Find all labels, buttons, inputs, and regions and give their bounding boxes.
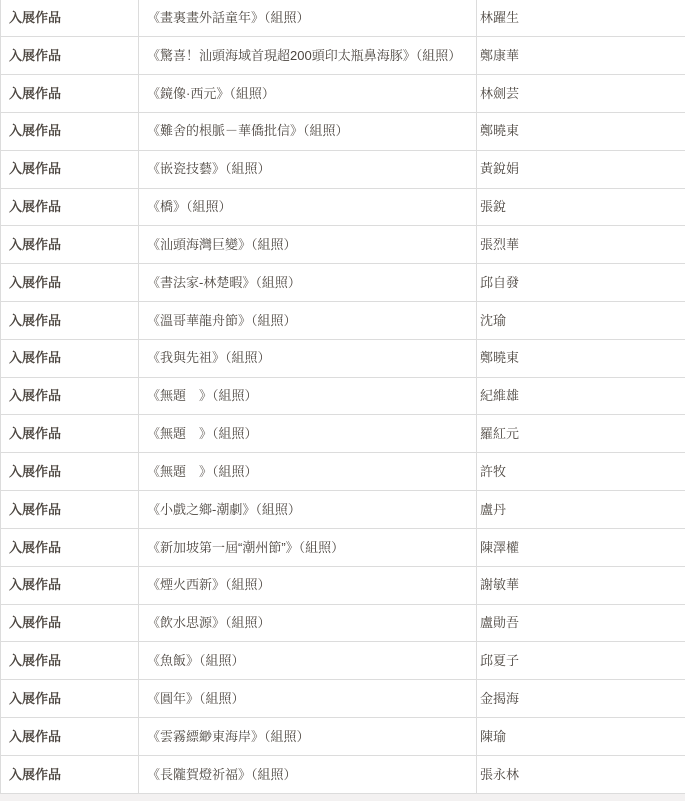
table-row: 入展作品《溫哥華龍舟節》（組照）沈瑜 [1,301,685,339]
author-cell: 林躍生 [477,0,685,37]
work-title-cell: 《圓年》（組照） [139,680,477,718]
category-cell: 入展作品 [1,0,139,37]
table-row: 入展作品《圓年》（組照）金揭海 [1,680,685,718]
author-cell: 邱夏子 [477,642,685,680]
table-row: 入展作品《無題 》（組照）許牧 [1,453,685,491]
author-cell: 林劍芸 [477,75,685,113]
work-title-cell: 《嵌瓷技藝》（組照） [139,150,477,188]
author-cell: 金揭海 [477,680,685,718]
table-row: 入展作品《無題 》（組照）紀維雄 [1,377,685,415]
work-title-cell: 《無題 》（組照） [139,453,477,491]
table-row: 入展作品《飲水思源》（組照）盧勛吾 [1,604,685,642]
work-title-cell: 《新加坡第一屆“潮州節”》（組照） [139,528,477,566]
author-cell: 紀維雄 [477,377,685,415]
table-row: 入展作品《我與先祖》（組照）鄭曉東 [1,339,685,377]
table-row: 入展作品《雲霧縹緲東海岸》（組照）陳瑜 [1,718,685,756]
category-cell: 入展作品 [1,642,139,680]
category-cell: 入展作品 [1,112,139,150]
category-cell: 入展作品 [1,528,139,566]
category-cell: 入展作品 [1,491,139,529]
author-cell: 邱自發 [477,264,685,302]
author-cell: 鄭曉東 [477,112,685,150]
category-cell: 入展作品 [1,377,139,415]
author-cell: 黃銳娟 [477,150,685,188]
work-title-cell: 《雲霧縹緲東海岸》（組照） [139,718,477,756]
category-cell: 入展作品 [1,453,139,491]
category-cell: 入展作品 [1,755,139,793]
table-row: 入展作品《無題 》（組照）羅紅元 [1,415,685,453]
table-row: 入展作品《煙火西新》（組照）謝敏華 [1,566,685,604]
work-title-cell: 《溫哥華龍舟節》（組照） [139,301,477,339]
table-row: 入展作品《汕頭海灣巨變》（組照）張烈華 [1,226,685,264]
category-cell: 入展作品 [1,264,139,302]
table-row: 入展作品《驚喜！汕頭海域首現超200頭印太瓶鼻海豚》（組照）鄭康華 [1,37,685,75]
work-title-cell: 《無題 》（組照） [139,377,477,415]
work-title-cell: 《我與先祖》（組照） [139,339,477,377]
table-row: 入展作品《小戲之鄉-潮劇》（組照）盧丹 [1,491,685,529]
category-cell: 入展作品 [1,339,139,377]
work-title-cell: 《煙火西新》（組照） [139,566,477,604]
work-title-cell: 《魚飯》（組照） [139,642,477,680]
category-cell: 入展作品 [1,75,139,113]
category-cell: 入展作品 [1,226,139,264]
category-cell: 入展作品 [1,680,139,718]
author-cell: 鄭曉東 [477,339,685,377]
table-row: 入展作品《書法家-林楚暇》（組照）邱自發 [1,264,685,302]
author-cell: 謝敏華 [477,566,685,604]
table-row: 入展作品《橋》（組照）張銳 [1,188,685,226]
work-title-cell: 《小戲之鄉-潮劇》（組照） [139,491,477,529]
table-row: 入展作品《難舍的根脈－華僑批信》（組照）鄭曉東 [1,112,685,150]
exhibition-works-table: 入展作品《畫裏畫外話童年》（組照）林躍生入展作品《驚喜！汕頭海域首現超200頭印… [0,0,685,794]
table-row: 入展作品《鏡像·西元》（組照）林劍芸 [1,75,685,113]
category-cell: 入展作品 [1,301,139,339]
works-table-body: 入展作品《畫裏畫外話童年》（組照）林躍生入展作品《驚喜！汕頭海域首現超200頭印… [1,0,685,794]
category-cell: 入展作品 [1,188,139,226]
work-title-cell: 《汕頭海灣巨變》（組照） [139,226,477,264]
work-title-cell: 《驚喜！汕頭海域首現超200頭印太瓶鼻海豚》（組照） [139,37,477,75]
work-title-cell: 《無題 》（組照） [139,415,477,453]
work-title-cell: 《橋》（組照） [139,188,477,226]
work-title-cell: 《難舍的根脈－華僑批信》（組照） [139,112,477,150]
work-title-cell: 《書法家-林楚暇》（組照） [139,264,477,302]
category-cell: 入展作品 [1,718,139,756]
author-cell: 羅紅元 [477,415,685,453]
author-cell: 盧勛吾 [477,604,685,642]
category-cell: 入展作品 [1,37,139,75]
author-cell: 張永林 [477,755,685,793]
category-cell: 入展作品 [1,150,139,188]
work-title-cell: 《長隴賀燈祈福》（組照） [139,755,477,793]
author-cell: 張烈華 [477,226,685,264]
author-cell: 陳澤權 [477,528,685,566]
author-cell: 張銳 [477,188,685,226]
table-row: 入展作品《魚飯》（組照）邱夏子 [1,642,685,680]
author-cell: 盧丹 [477,491,685,529]
work-title-cell: 《飲水思源》（組照） [139,604,477,642]
work-title-cell: 《鏡像·西元》（組照） [139,75,477,113]
category-cell: 入展作品 [1,604,139,642]
table-row: 入展作品《新加坡第一屆“潮州節”》（組照）陳澤權 [1,528,685,566]
author-cell: 陳瑜 [477,718,685,756]
category-cell: 入展作品 [1,566,139,604]
author-cell: 鄭康華 [477,37,685,75]
table-row: 入展作品《畫裏畫外話童年》（組照）林躍生 [1,0,685,37]
category-cell: 入展作品 [1,415,139,453]
work-title-cell: 《畫裏畫外話童年》（組照） [139,0,477,37]
exhibition-works-table-wrap: 入展作品《畫裏畫外話童年》（組照）林躍生入展作品《驚喜！汕頭海域首現超200頭印… [0,0,685,794]
table-row: 入展作品《長隴賀燈祈福》（組照）張永林 [1,755,685,793]
table-row: 入展作品《嵌瓷技藝》（組照）黃銳娟 [1,150,685,188]
author-cell: 沈瑜 [477,301,685,339]
author-cell: 許牧 [477,453,685,491]
